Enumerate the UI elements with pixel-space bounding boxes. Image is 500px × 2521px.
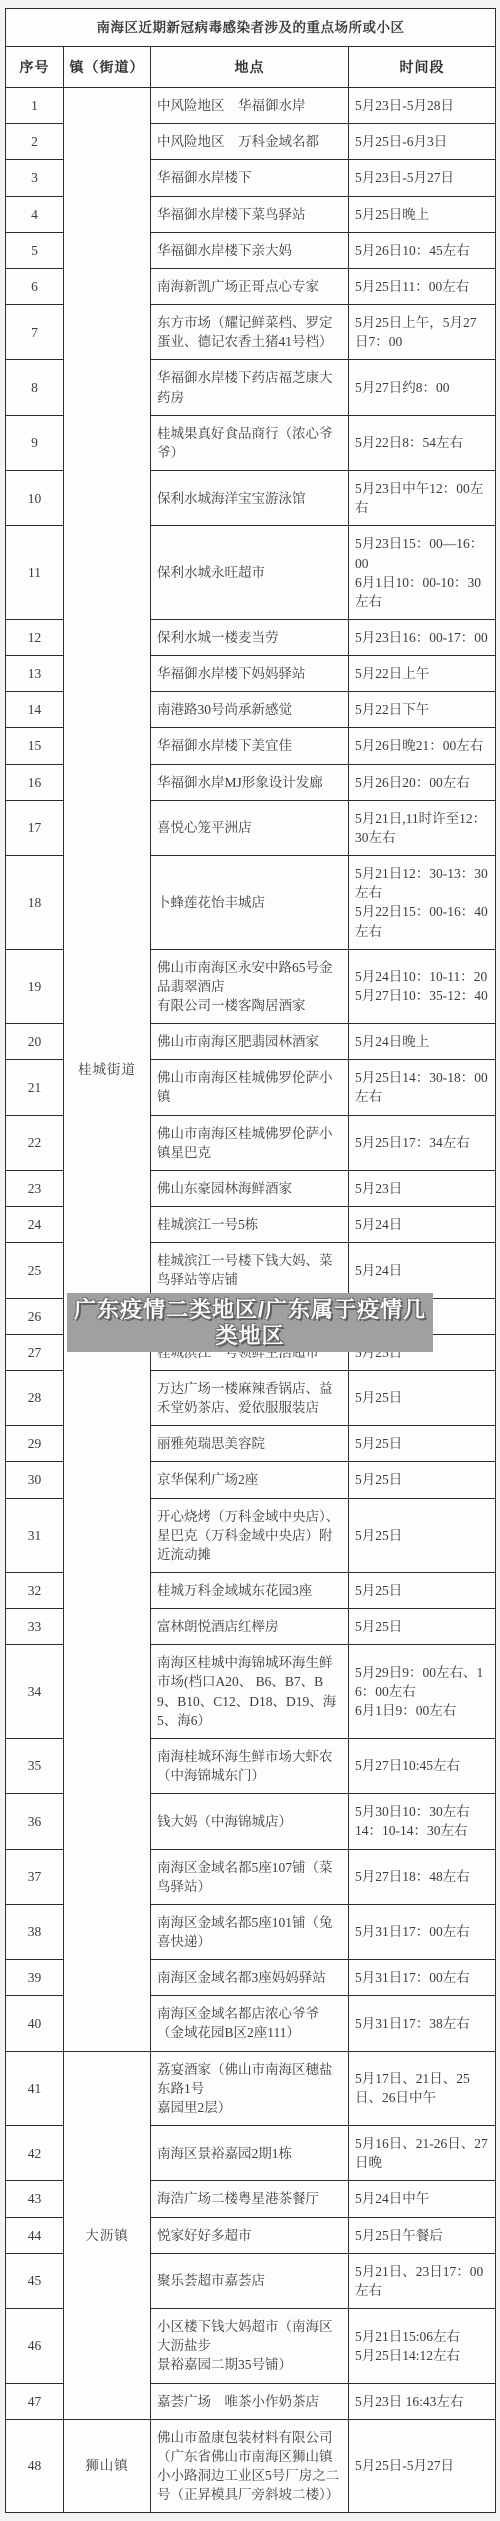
row-index-cell: 22 xyxy=(6,1115,64,1170)
time-cell: 5月27日10:45左右 xyxy=(349,1738,496,1793)
time-cell: 5月23日 16:43左右 xyxy=(349,2383,496,2419)
location-cell: 华福御水岸MJ形象设计发廊 xyxy=(151,764,349,800)
time-cell: 5月27日18：48左右 xyxy=(349,1849,496,1904)
title-row: 南海区近期新冠病毒感染者涉及的重点场所或小区 xyxy=(6,9,496,47)
location-cell: 南港路30号尚承新感觉 xyxy=(151,692,349,728)
row-index-cell: 14 xyxy=(6,692,64,728)
town-cell: 狮山镇 xyxy=(64,2419,151,2513)
row-index-cell: 28 xyxy=(6,1370,64,1425)
col-header-town: 镇（街道） xyxy=(64,47,151,88)
time-cell: 5月26日10：45左右 xyxy=(349,232,496,268)
time-cell: 5月21日,11时许至12：30左右 xyxy=(349,800,496,855)
time-cell: 5月31日17：00左右 xyxy=(349,1904,496,1959)
location-cell: 华福御水岸楼下 xyxy=(151,160,349,196)
row-index-cell: 7 xyxy=(6,305,64,360)
row-index-cell: 43 xyxy=(6,2181,64,2217)
town-cell: 桂城街道 xyxy=(64,88,151,2051)
row-index-cell: 9 xyxy=(6,415,64,470)
location-cell: 卜蜂莲花怡丰城店 xyxy=(151,856,349,950)
location-cell: 广东疫情二类地区/广东属于疫情几类地区 xyxy=(151,1298,349,1334)
time-cell: 5月25日晚上 xyxy=(349,196,496,232)
row-index-cell: 20 xyxy=(6,1024,64,1060)
location-cell: 荔宴酒家（佛山市南海区穗盐东路1号 嘉园里2层） xyxy=(151,2051,349,2125)
row-index-cell: 27 xyxy=(6,1334,64,1370)
location-cell: 佛山市南海区桂城佛罗伦萨小镇 xyxy=(151,1060,349,1115)
location-cell: 南海区景裕嘉园2期1栋 xyxy=(151,2126,349,2181)
time-cell: 5月23日中午12：00左右 xyxy=(349,471,496,526)
location-cell: 佛山市盈康包装材料有限公司 （广东省佛山市南海区狮山镇小小路洞边工业区5号厂房之… xyxy=(151,2419,349,2513)
location-cell: 桂城滨江一号5栋 xyxy=(151,1207,349,1243)
time-cell: 5月25日14：30-18：00左右 xyxy=(349,1060,496,1115)
table-body: 1桂城街道中风险地区 华福御水岸5月23日-5月28日2中风险地区 万科金域名都… xyxy=(6,88,496,2513)
location-cell: 保利水城一楼麦当劳 xyxy=(151,619,349,655)
time-cell: 5月31日17：00左右 xyxy=(349,1960,496,1996)
time-cell: 5月25日午餐后 xyxy=(349,2217,496,2253)
time-cell: 5月23日 xyxy=(349,1170,496,1206)
time-cell: 5月22日上午 xyxy=(349,656,496,692)
row-index-cell: 1 xyxy=(6,88,64,124)
location-cell: 小区楼下钱大妈超市（南海区大沥盐步 景裕嘉园二期35号铺） xyxy=(151,2309,349,2383)
location-cell: 丽雅苑瑞思美容院 xyxy=(151,1426,349,1462)
covid-locations-table: 南海区近期新冠病毒感染者涉及的重点场所或小区 序号 镇（街道） 地点 时间段 1… xyxy=(5,8,496,2513)
row-index-cell: 18 xyxy=(6,856,64,950)
row-index-cell: 34 xyxy=(6,1645,64,1739)
time-cell: 5月25日 xyxy=(349,1572,496,1608)
row-index-cell: 8 xyxy=(6,360,64,415)
table-row: 48狮山镇佛山市盈康包装材料有限公司 （广东省佛山市南海区狮山镇小小路洞边工业区… xyxy=(6,2419,496,2513)
location-cell: 佛山市南海区肥翡园林酒家 xyxy=(151,1024,349,1060)
location-cell: 佛山市南海区永安中路65号金品翡翠酒店 有限公司一楼客陶居酒家 xyxy=(151,949,349,1023)
time-cell: 5月25日 xyxy=(349,1462,496,1498)
time-cell: 5月25日 xyxy=(349,1609,496,1645)
row-index-cell: 45 xyxy=(6,2253,64,2308)
location-cell: 桂城滨江一号楼下钱大妈、菜鸟驿站等店铺 xyxy=(151,1243,349,1298)
time-cell: 5月21日、23日17：00左右 xyxy=(349,2253,496,2308)
location-cell: 钱大妈（中海锦城店） xyxy=(151,1794,349,1849)
table-row: 26广东疫情二类地区/广东属于疫情几类地区 xyxy=(6,1298,496,1334)
time-cell: 5月24日10：10-11：20 5月27日10：35-12：40 xyxy=(349,949,496,1023)
time-cell: 5月21日15:06左右 5月25日14:12左右 xyxy=(349,2309,496,2383)
location-cell: 保利水城海洋宝宝游泳馆 xyxy=(151,471,349,526)
location-cell: 中风险地区 华福御水岸 xyxy=(151,88,349,124)
table-title: 南海区近期新冠病毒感染者涉及的重点场所或小区 xyxy=(6,9,496,47)
row-index-cell: 12 xyxy=(6,619,64,655)
location-cell: 万达广场一楼麻辣香锅店、益禾堂奶茶店、爱依服服装店 xyxy=(151,1370,349,1425)
row-index-cell: 35 xyxy=(6,1738,64,1793)
time-cell: 5月24日中午 xyxy=(349,2181,496,2217)
row-index-cell: 46 xyxy=(6,2309,64,2383)
row-index-cell: 25 xyxy=(6,1243,64,1298)
location-cell: 佛山东豪园林海鲜酒家 xyxy=(151,1170,349,1206)
time-cell: 5月23日-5月27日 xyxy=(349,160,496,196)
location-cell: 嘉荟广场 唯茶小作奶茶店 xyxy=(151,2383,349,2419)
time-cell: 5月26日20：00左右 xyxy=(349,764,496,800)
location-cell: 桂城万科金域城东花园3座 xyxy=(151,1572,349,1608)
location-cell: 南海区桂城中海锦城环海生鲜市场(档口A20、 B6、B7、B9、B10、C12、… xyxy=(151,1645,349,1739)
row-index-cell: 31 xyxy=(6,1498,64,1572)
row-index-cell: 10 xyxy=(6,471,64,526)
location-cell: 华福御水岸楼下药店福芝康大药房 xyxy=(151,360,349,415)
row-index-cell: 29 xyxy=(6,1426,64,1462)
time-cell: 5月24日 xyxy=(349,1207,496,1243)
row-index-cell: 47 xyxy=(6,2383,64,2419)
time-cell: 5月26日晚21：00左右 xyxy=(349,728,496,764)
location-cell: 富林朗悦酒店红榉房 xyxy=(151,1609,349,1645)
row-index-cell: 42 xyxy=(6,2126,64,2181)
time-cell: 5月17日、21日、25日、26日中午 xyxy=(349,2051,496,2125)
time-cell: 5月23日16：00-17：00 xyxy=(349,619,496,655)
location-cell: 东方市场（耀记鲜菜档、罗定蛋业、德记农香土猪41号档） xyxy=(151,305,349,360)
row-index-cell: 33 xyxy=(6,1609,64,1645)
row-index-cell: 5 xyxy=(6,232,64,268)
location-cell: 南海新凯广场正哥点心专家 xyxy=(151,268,349,304)
table-row: 1桂城街道中风险地区 华福御水岸5月23日-5月28日 xyxy=(6,88,496,124)
row-index-cell: 16 xyxy=(6,764,64,800)
col-header-location: 地点 xyxy=(151,47,349,88)
row-index-cell: 24 xyxy=(6,1207,64,1243)
row-index-cell: 3 xyxy=(6,160,64,196)
row-index-cell: 44 xyxy=(6,2217,64,2253)
location-cell: 海浩广场二楼粤星港茶餐厅 xyxy=(151,2181,349,2217)
time-cell: 5月31日17：38左右 xyxy=(349,1996,496,2051)
location-cell: 南海区金域名都5座107铺（菜鸟驿站） xyxy=(151,1849,349,1904)
location-cell: 南海区金域名都3座妈妈驿站 xyxy=(151,1960,349,1996)
location-cell: 南海区金域名都店浓心爷爷（金域花园B区2座111） xyxy=(151,1996,349,2051)
row-index-cell: 4 xyxy=(6,196,64,232)
location-cell: 桂城果真好食品商行（浓心爷爷） xyxy=(151,415,349,470)
location-cell: 南海桂城环海生鲜市场大虾农 （中海锦城东门） xyxy=(151,1738,349,1793)
time-cell: 5月25日-6月3日 xyxy=(349,124,496,160)
row-index-cell: 39 xyxy=(6,1960,64,1996)
row-index-cell: 37 xyxy=(6,1849,64,1904)
time-cell: 5月22日8：54左右 xyxy=(349,415,496,470)
time-cell: 5月27日约8：00 xyxy=(349,360,496,415)
time-cell: 5月25日-5月27日 xyxy=(349,2419,496,2513)
time-cell: 5月29日9：00左右、16：00左右 6月1日9：00左右 xyxy=(349,1645,496,1739)
row-index-cell: 11 xyxy=(6,526,64,620)
location-cell: 南海区金域名都5座101铺（兔喜快递） xyxy=(151,1904,349,1959)
time-cell: 5月23日15：00—16：00 6月1日10：00-10：30左右 xyxy=(349,526,496,620)
time-cell: 5月25日 xyxy=(349,1370,496,1425)
row-index-cell: 38 xyxy=(6,1904,64,1959)
location-cell: 华福御水岸楼下妈妈驿站 xyxy=(151,656,349,692)
town-cell: 大沥镇 xyxy=(64,2051,151,2419)
location-cell: 佛山市南海区桂城佛罗伦萨小镇星巴克 xyxy=(151,1115,349,1170)
location-cell: 悦家好好多超市 xyxy=(151,2217,349,2253)
location-cell: 中风险地区 万科金域名都 xyxy=(151,124,349,160)
row-index-cell: 48 xyxy=(6,2419,64,2513)
location-cell: 保利水城永旺超市 xyxy=(151,526,349,620)
row-index-cell: 23 xyxy=(6,1170,64,1206)
location-cell: 喜悦心笼平洲店 xyxy=(151,800,349,855)
time-cell: 5月22日下午 xyxy=(349,692,496,728)
row-index-cell: 41 xyxy=(6,2051,64,2125)
header-row: 序号 镇（街道） 地点 时间段 xyxy=(6,47,496,88)
time-cell: 5月25日11：00左右 xyxy=(349,268,496,304)
time-cell: 5月25日17：34左右 xyxy=(349,1115,496,1170)
page: 南海区近期新冠病毒感染者涉及的重点场所或小区 序号 镇（街道） 地点 时间段 1… xyxy=(0,0,500,2521)
row-index-cell: 30 xyxy=(6,1462,64,1498)
row-index-cell: 15 xyxy=(6,728,64,764)
time-cell: 5月23日-5月28日 xyxy=(349,88,496,124)
time-cell: 5月24日晚上 xyxy=(349,1024,496,1060)
time-cell: 5月24日 xyxy=(349,1243,496,1298)
location-cell: 华福御水岸楼下菜鸟驿站 xyxy=(151,196,349,232)
watermark-overlay: 广东疫情二类地区/广东属于疫情几类地区 xyxy=(67,1293,433,1353)
time-cell: 5月25日 xyxy=(349,1426,496,1462)
col-header-time: 时间段 xyxy=(349,47,496,88)
col-header-index: 序号 xyxy=(6,47,64,88)
row-index-cell: 32 xyxy=(6,1572,64,1608)
row-index-cell: 6 xyxy=(6,268,64,304)
location-cell: 京华保利广场2座 xyxy=(151,1462,349,1498)
time-cell: 5月21日12：30-13：30左右 5月22日15：00-16：40左右 xyxy=(349,856,496,950)
time-cell: 5月16日、21-26日、27日晚 xyxy=(349,2126,496,2181)
location-cell: 开心烧烤（万科金域中央店）、星巴克（万科金域中央店）附近流动摊 xyxy=(151,1498,349,1572)
location-cell: 华福御水岸楼下亲大妈 xyxy=(151,232,349,268)
row-index-cell: 26 xyxy=(6,1298,64,1334)
time-cell: 5月30日10：30左右 14：10-14：30左右 xyxy=(349,1794,496,1849)
time-cell: 5月25日 xyxy=(349,1498,496,1572)
row-index-cell: 17 xyxy=(6,800,64,855)
table-row: 41大沥镇荔宴酒家（佛山市南海区穗盐东路1号 嘉园里2层）5月17日、21日、2… xyxy=(6,2051,496,2125)
row-index-cell: 2 xyxy=(6,124,64,160)
row-index-cell: 13 xyxy=(6,656,64,692)
row-index-cell: 19 xyxy=(6,949,64,1023)
location-cell: 聚乐荟超市嘉荟店 xyxy=(151,2253,349,2308)
location-cell: 华福御水岸楼下美宜佳 xyxy=(151,728,349,764)
row-index-cell: 40 xyxy=(6,1996,64,2051)
row-index-cell: 21 xyxy=(6,1060,64,1115)
time-cell: 5月25日上午，5月27日7：00 xyxy=(349,305,496,360)
row-index-cell: 36 xyxy=(6,1794,64,1849)
